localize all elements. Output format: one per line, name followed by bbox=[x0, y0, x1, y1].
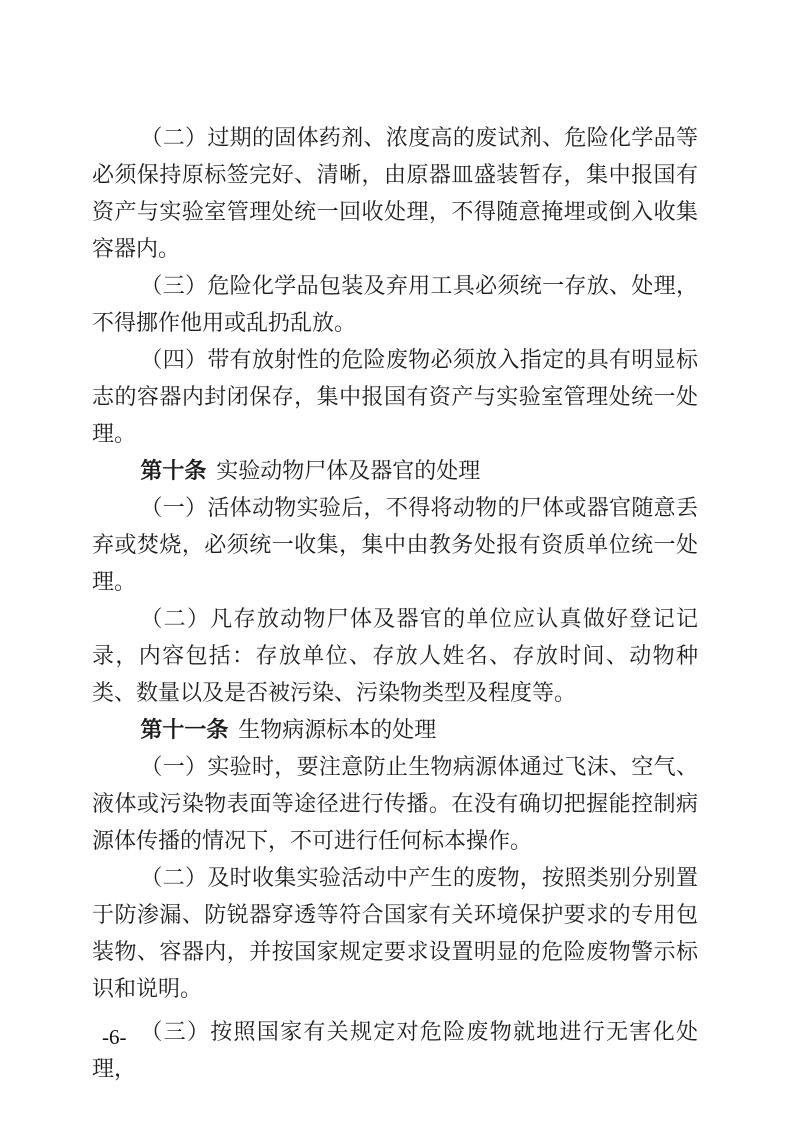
paragraph-item-1-art10: （一）活体动物实验后，不得将动物的尸体或器官随意丢弃或焚烧，必须统一收集，集中由… bbox=[92, 489, 698, 600]
article-10-title: 实验动物尸体及器官的处理 bbox=[216, 458, 480, 483]
page-number: -6- bbox=[102, 1023, 127, 1051]
article-10-heading: 第十条实验动物尸体及器官的处理 bbox=[92, 452, 698, 489]
paragraph-item-4: （四）带有放射性的危险废物必须放入指定的具有明显标志的容器内封闭保存，集中报国有… bbox=[92, 341, 698, 452]
paragraph-item-3-art11: （三）按照国家有关规定对危险废物就地进行无害化处理， bbox=[92, 1013, 698, 1087]
paragraph-item-2-art11: （二）及时收集实验活动中产生的废物，按照类别分别置于防渗漏、防锐器穿透等符合国家… bbox=[92, 859, 698, 1007]
article-11-title: 生物病源标本的处理 bbox=[238, 717, 436, 742]
paragraph-item-2: （二）过期的固体药剂、浓度高的废试剂、危险化学品等必须保持原标签完好、清晰，由原… bbox=[92, 119, 698, 267]
document-body: （二）过期的固体药剂、浓度高的废试剂、危险化学品等必须保持原标签完好、清晰，由原… bbox=[92, 119, 698, 1087]
article-11-heading: 第十一条生物病源标本的处理 bbox=[92, 711, 698, 748]
document-page: （二）过期的固体药剂、浓度高的废试剂、危险化学品等必须保持原标签完好、清晰，由原… bbox=[0, 0, 793, 1122]
paragraph-item-3: （三）危险化学品包装及弃用工具必须统一存放、处理，不得挪作他用或乱扔乱放。 bbox=[92, 267, 698, 341]
article-10-label: 第十条 bbox=[140, 458, 206, 483]
article-11-label: 第十一条 bbox=[140, 717, 228, 742]
paragraph-item-2-art10: （二）凡存放动物尸体及器官的单位应认真做好登记记录，内容包括：存放单位、存放人姓… bbox=[92, 600, 698, 711]
paragraph-item-1-art11: （一）实验时，要注意防止生物病源体通过飞沫、空气、液体或污染物表面等途径进行传播… bbox=[92, 748, 698, 859]
